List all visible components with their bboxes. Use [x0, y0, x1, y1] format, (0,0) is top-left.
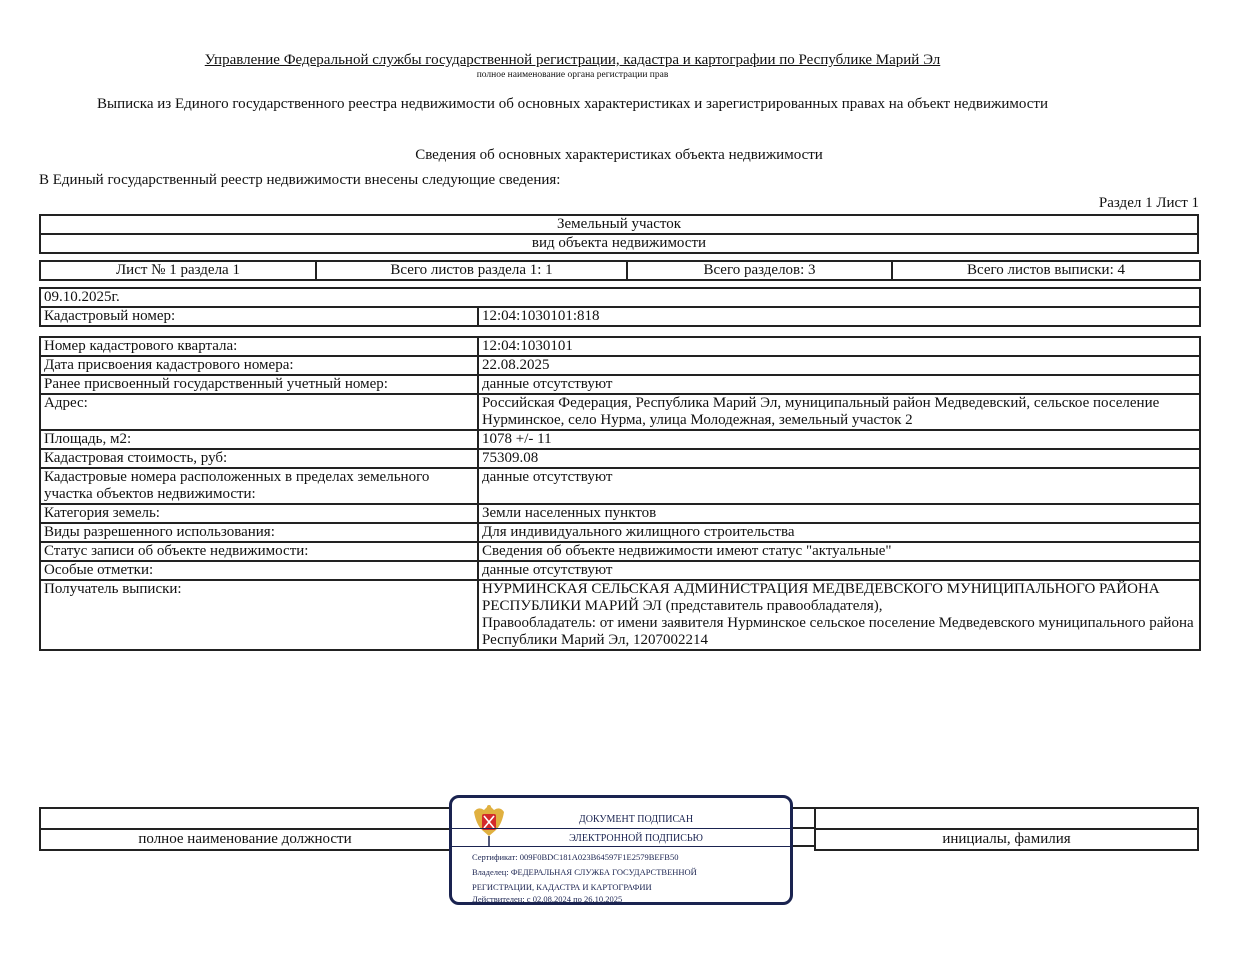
cadastral-number-label: Кадастровый номер: [40, 307, 478, 326]
table-row: Получатель выписки: НУРМИНСКАЯ СЕЛЬСКАЯ … [40, 580, 1200, 650]
sheets-info-table: Лист № 1 раздела 1 Всего листов раздела … [39, 260, 1201, 281]
table-row: Дата присвоения кадастрового номера:22.0… [40, 356, 1200, 375]
row-value: НУРМИНСКАЯ СЕЛЬСКАЯ АДМИНИСТРАЦИЯ МЕДВЕД… [478, 580, 1200, 650]
row-value: данные отсутствуют [478, 561, 1200, 580]
table-row: Ранее присвоенный государственный учетны… [40, 375, 1200, 394]
row-value: данные отсутствуют [478, 375, 1200, 394]
row-label: Статус записи об объекте недвижимости: [40, 542, 478, 561]
position-caption: полное наименование должности [40, 829, 450, 850]
row-value: 75309.08 [478, 449, 1200, 468]
signature-connector [793, 807, 814, 847]
signature-name-table: инициалы, фамилия [814, 807, 1199, 851]
row-label: Площадь, м2: [40, 430, 478, 449]
row-label: Особые отметки: [40, 561, 478, 580]
row-value: данные отсутствуют [478, 468, 1200, 504]
sheet-reference: Раздел 1 Лист 1 [1099, 194, 1199, 212]
row-label: Кадастровая стоимость, руб: [40, 449, 478, 468]
row-label: Получатель выписки: [40, 580, 478, 650]
row-label: Виды разрешенного использования: [40, 523, 478, 542]
object-type-caption: вид объекта недвижимости [40, 234, 1198, 253]
recipient-line-1: НУРМИНСКАЯ СЕЛЬСКАЯ АДМИНИСТРАЦИЯ МЕДВЕД… [482, 581, 1196, 615]
sheets-in-section: Всего листов раздела 1: 1 [316, 261, 627, 280]
cadastral-number-value: 12:04:1030101:818 [478, 307, 1200, 326]
row-value: Сведения об объекте недвижимости имеют с… [478, 542, 1200, 561]
electronic-signature-stamp: ДОКУМЕНТ ПОДПИСАН ЭЛЕКТРОННОЙ ПОДПИСЬЮ С… [449, 795, 793, 905]
organization-name: Управление Федеральной службы государств… [0, 51, 1145, 69]
extract-date: 09.10.2025г. [40, 288, 1200, 307]
row-value: 1078 +/- 11 [478, 430, 1200, 449]
organization-caption: полное наименование органа регистрации п… [0, 70, 1145, 81]
total-sheets: Всего листов выписки: 4 [892, 261, 1200, 280]
total-sections: Всего разделов: 3 [627, 261, 892, 280]
table-row: Кадастровые номера расположенных в преде… [40, 468, 1200, 504]
row-label: Кадастровые номера расположенных в преде… [40, 468, 478, 504]
row-label: Дата присвоения кадастрового номера: [40, 356, 478, 375]
table-row: Особые отметки:данные отсутствуют [40, 561, 1200, 580]
sheet-number: Лист № 1 раздела 1 [40, 261, 316, 280]
row-value: Для индивидуального жилищного строительс… [478, 523, 1200, 542]
row-value: 12:04:1030101 [478, 337, 1200, 356]
stamp-heading-2: ЭЛЕКТРОННОЙ ПОДПИСЬЮ [452, 833, 790, 845]
table-row: Категория земель:Земли населенных пункто… [40, 504, 1200, 523]
document-title: Выписка из Единого государственного реес… [0, 95, 1145, 113]
object-type: Земельный участок [40, 215, 1198, 234]
signature-name-blank [815, 808, 1198, 829]
table-row: Кадастровая стоимость, руб:75309.08 [40, 449, 1200, 468]
row-label: Ранее присвоенный государственный учетны… [40, 375, 478, 394]
stamp-validity: Действителен: с 02.08.2024 по 26.10.2025 [472, 894, 790, 904]
row-label: Адрес: [40, 394, 478, 430]
table-row: Виды разрешенного использования:Для инди… [40, 523, 1200, 542]
row-value: Земли населенных пунктов [478, 504, 1200, 523]
name-caption: инициалы, фамилия [815, 829, 1198, 850]
signature-position-blank [40, 808, 450, 829]
section-title: Сведения об основных характеристиках объ… [0, 146, 1238, 164]
signature-position-table: полное наименование должности [39, 807, 451, 851]
stamp-divider [452, 828, 790, 829]
table-row: Статус записи об объекте недвижимости:Св… [40, 542, 1200, 561]
characteristics-table: Номер кадастрового квартала:12:04:103010… [39, 336, 1201, 651]
stamp-certificate: Сертификат: 009F0BDC181A023B64597F1E2579… [472, 852, 790, 862]
row-label: Номер кадастрового квартала: [40, 337, 478, 356]
stamp-heading-1: ДОКУМЕНТ ПОДПИСАН [452, 814, 790, 826]
stamp-divider [452, 846, 790, 847]
row-label: Категория земель: [40, 504, 478, 523]
object-type-table: Земельный участок вид объекта недвижимос… [39, 214, 1199, 254]
stamp-owner-1: Владелец: ФЕДЕРАЛЬНАЯ СЛУЖБА ГОСУДАРСТВЕ… [472, 867, 790, 877]
table-row: Площадь, м2:1078 +/- 11 [40, 430, 1200, 449]
row-value: 22.08.2025 [478, 356, 1200, 375]
table-row: Адрес:Российская Федерация, Республика М… [40, 394, 1200, 430]
stamp-owner-2: РЕГИСТРАЦИИ, КАДАСТРА И КАРТОГРАФИИ [472, 882, 790, 892]
recipient-line-2: Правообладатель: от имени заявителя Нурм… [482, 615, 1196, 649]
intro-text: В Единый государственный реестр недвижим… [39, 171, 560, 189]
table-row: Номер кадастрового квартала:12:04:103010… [40, 337, 1200, 356]
row-value: Российская Федерация, Республика Марий Э… [478, 394, 1200, 430]
header-info-table: 09.10.2025г. Кадастровый номер: 12:04:10… [39, 287, 1201, 327]
